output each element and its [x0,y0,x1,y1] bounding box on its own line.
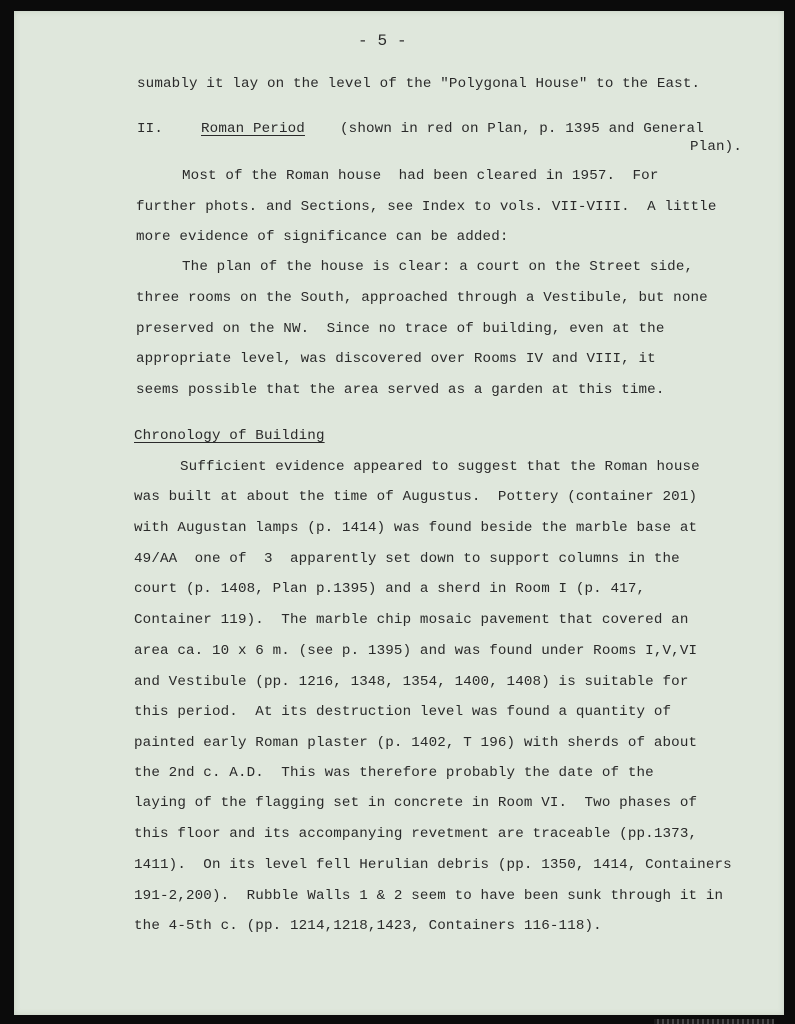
text-line: sumably it lay on the level of the "Poly… [137,75,700,93]
text-line: Most of the Roman house had been cleared… [182,167,659,185]
text-line: 49/AA one of 3 apparently set down to su… [134,550,680,568]
typewritten-page: - 5 - sumably it lay on the level of the… [14,11,784,1015]
text-line: painted early Roman plaster (p. 1402, T … [134,734,697,752]
text-line: more evidence of significance can be add… [136,228,509,246]
text-line: Container 119). The marble chip mosaic p… [134,611,689,629]
text-line: this period. At its destruction level wa… [134,703,671,721]
text-line: Plan). [690,138,742,156]
text-line: this floor and its accompanying revetmen… [134,825,697,843]
text-line: (shown in red on Plan, p. 1395 and Gener… [340,120,704,138]
text-line: preserved on the NW. Since no trace of b… [136,320,665,338]
text-line: II. [137,120,163,138]
text-line: three rooms on the South, approached thr… [136,289,708,307]
text-line: area ca. 10 x 6 m. (see p. 1395) and was… [134,642,697,660]
text-line: and Vestibule (pp. 1216, 1348, 1354, 140… [134,673,689,691]
text-line: 191-2,200). Rubble Walls 1 & 2 seem to h… [134,887,723,905]
text-line: court (p. 1408, Plan p.1395) and a sherd… [134,580,645,598]
text-line: 1411). On its level fell Herulian debris… [134,856,732,874]
text-line: seems possible that the area served as a… [136,381,665,399]
section-heading: Roman Period [201,120,305,138]
text-line: was built at about the time of Augustus.… [134,488,697,506]
text-line: The plan of the house is clear: a court … [182,258,693,276]
section-heading: Chronology of Building [134,427,325,445]
text-line: Sufficient evidence appeared to suggest … [180,458,700,476]
text-line: the 2nd c. A.D. This was therefore proba… [134,764,654,782]
text-line: further phots. and Sections, see Index t… [136,198,716,216]
text-line: the 4-5th c. (pp. 1214,1218,1423, Contai… [134,917,602,935]
text-line: with Augustan lamps (p. 1414) was found … [134,519,697,537]
text-line: laying of the flagging set in concrete i… [134,794,697,812]
scan-edge-mark [654,1019,774,1024]
page-number: - 5 - [358,32,407,50]
text-line: appropriate level, was discovered over R… [136,350,656,368]
